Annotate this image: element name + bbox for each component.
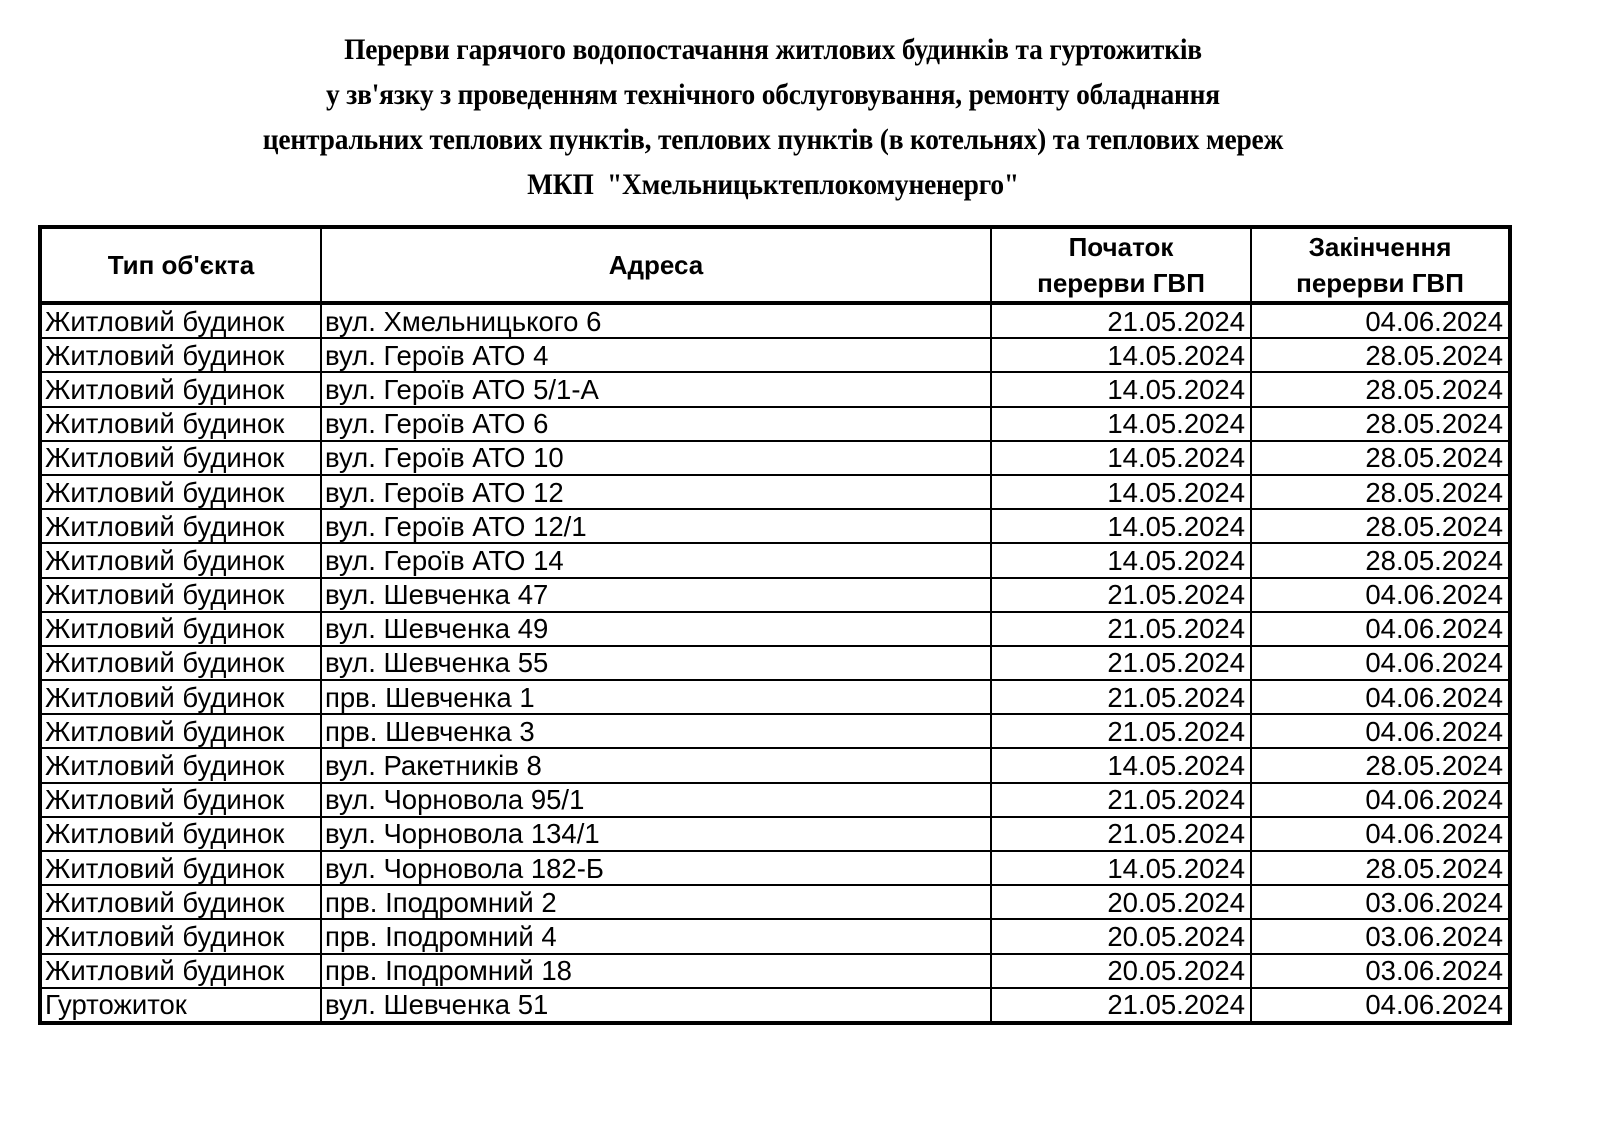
table-row: Житловий будиноквул. Чорновола 95/121.05… — [40, 783, 1510, 817]
table-row: Житловий будиноквул. Героїв АТО 12/114.0… — [40, 509, 1510, 543]
object-type-cell: Житловий будинок — [40, 612, 321, 646]
end-date-cell: 03.06.2024 — [1251, 919, 1510, 953]
start-date-cell: 21.05.2024 — [991, 646, 1251, 680]
table-row: Житловий будиноквул. Героїв АТО 1414.05.… — [40, 543, 1510, 577]
start-date-cell: 21.05.2024 — [991, 303, 1251, 338]
address-cell: вул. Чорновола 182-Б — [321, 851, 991, 885]
end-date-cell: 28.05.2024 — [1251, 372, 1510, 406]
document-title: Перерви гарячого водопостачання житлових… — [54, 28, 1492, 208]
header-end: Закінчення перерви ГВП — [1251, 227, 1510, 303]
header-object-type: Тип об'єкта — [40, 227, 321, 303]
start-date-cell: 14.05.2024 — [991, 338, 1251, 372]
title-line: центральних теплових пунктів, теплових п… — [54, 118, 1492, 163]
address-cell: вул. Чорновола 134/1 — [321, 817, 991, 851]
start-date-cell: 20.05.2024 — [991, 885, 1251, 919]
header-address-label: Адреса — [609, 250, 704, 280]
table-row: Житловий будиноквул. Шевченка 5521.05.20… — [40, 646, 1510, 680]
address-cell: вул. Шевченка 51 — [321, 988, 991, 1023]
outage-schedule-table: Тип об'єкта Адреса Початок перерви ГВП З… — [38, 225, 1512, 1025]
table-row: Житловий будиноквул. Героїв АТО 1014.05.… — [40, 441, 1510, 475]
end-date-cell: 03.06.2024 — [1251, 885, 1510, 919]
object-type-cell: Гуртожиток — [40, 988, 321, 1023]
start-date-cell: 14.05.2024 — [991, 372, 1251, 406]
start-date-cell: 14.05.2024 — [991, 509, 1251, 543]
object-type-cell: Житловий будинок — [40, 680, 321, 714]
table-row: Житловий будиноквул. Героїв АТО 614.05.2… — [40, 407, 1510, 441]
header-start-line2: перерви ГВП — [1037, 268, 1205, 298]
object-type-cell: Житловий будинок — [40, 783, 321, 817]
end-date-cell: 04.06.2024 — [1251, 680, 1510, 714]
table-row: Житловий будинокпрв. Іподромний 1820.05.… — [40, 954, 1510, 988]
title-line: Перерви гарячого водопостачання житлових… — [54, 28, 1492, 73]
object-type-cell: Житловий будинок — [40, 885, 321, 919]
object-type-cell: Житловий будинок — [40, 338, 321, 372]
start-date-cell: 14.05.2024 — [991, 543, 1251, 577]
address-cell: вул. Героїв АТО 12 — [321, 475, 991, 509]
table-row: Житловий будинокпрв. Шевченка 321.05.202… — [40, 714, 1510, 748]
header-address: Адреса — [321, 227, 991, 303]
table-row: Житловий будиноквул. Шевченка 4721.05.20… — [40, 578, 1510, 612]
address-cell: вул. Героїв АТО 12/1 — [321, 509, 991, 543]
address-cell: вул. Героїв АТО 5/1-А — [321, 372, 991, 406]
start-date-cell: 21.05.2024 — [991, 680, 1251, 714]
table-row: Гуртожитоквул. Шевченка 5121.05.202404.0… — [40, 988, 1510, 1023]
table-row: Житловий будиноквул. Чорновола 134/121.0… — [40, 817, 1510, 851]
address-cell: вул. Хмельницького 6 — [321, 303, 991, 338]
object-type-cell: Житловий будинок — [40, 578, 321, 612]
end-date-cell: 28.05.2024 — [1251, 748, 1510, 782]
start-date-cell: 20.05.2024 — [991, 919, 1251, 953]
header-end-line1: Закінчення — [1309, 232, 1452, 262]
end-date-cell: 04.06.2024 — [1251, 988, 1510, 1023]
header-start-line1: Початок — [1069, 232, 1174, 262]
object-type-cell: Житловий будинок — [40, 543, 321, 577]
start-date-cell: 14.05.2024 — [991, 851, 1251, 885]
table-row: Житловий будинокпрв. Іподромний 220.05.2… — [40, 885, 1510, 919]
object-type-cell: Житловий будинок — [40, 714, 321, 748]
address-cell: вул. Шевченка 55 — [321, 646, 991, 680]
address-cell: вул. Ракетників 8 — [321, 748, 991, 782]
table-row: Житловий будинокпрв. Іподромний 420.05.2… — [40, 919, 1510, 953]
start-date-cell: 21.05.2024 — [991, 714, 1251, 748]
end-date-cell: 04.06.2024 — [1251, 578, 1510, 612]
end-date-cell: 28.05.2024 — [1251, 407, 1510, 441]
address-cell: прв. Іподромний 2 — [321, 885, 991, 919]
end-date-cell: 28.05.2024 — [1251, 441, 1510, 475]
object-type-cell: Житловий будинок — [40, 407, 321, 441]
start-date-cell: 21.05.2024 — [991, 783, 1251, 817]
start-date-cell: 21.05.2024 — [991, 817, 1251, 851]
end-date-cell: 04.06.2024 — [1251, 612, 1510, 646]
start-date-cell: 21.05.2024 — [991, 578, 1251, 612]
end-date-cell: 28.05.2024 — [1251, 509, 1510, 543]
header-object-type-label: Тип об'єкта — [108, 250, 255, 280]
object-type-cell: Житловий будинок — [40, 509, 321, 543]
address-cell: вул. Шевченка 47 — [321, 578, 991, 612]
table-row: Житловий будиноквул. Героїв АТО 414.05.2… — [40, 338, 1510, 372]
start-date-cell: 14.05.2024 — [991, 475, 1251, 509]
address-cell: прв. Шевченка 1 — [321, 680, 991, 714]
object-type-cell: Житловий будинок — [40, 475, 321, 509]
table-body: Житловий будиноквул. Хмельницького 621.0… — [40, 303, 1510, 1023]
table-row: Житловий будиноквул. Героїв АТО 5/1-А14.… — [40, 372, 1510, 406]
title-line: МКП "Хмельницьктеплокомуненерго" — [54, 163, 1492, 208]
end-date-cell: 28.05.2024 — [1251, 338, 1510, 372]
address-cell: вул. Героїв АТО 10 — [321, 441, 991, 475]
table-row: Житловий будиноквул. Героїв АТО 1214.05.… — [40, 475, 1510, 509]
table-header-row: Тип об'єкта Адреса Початок перерви ГВП З… — [40, 227, 1510, 303]
object-type-cell: Житловий будинок — [40, 817, 321, 851]
table-row: Житловий будиноквул. Шевченка 4921.05.20… — [40, 612, 1510, 646]
end-date-cell: 04.06.2024 — [1251, 714, 1510, 748]
start-date-cell: 14.05.2024 — [991, 748, 1251, 782]
address-cell: вул. Чорновола 95/1 — [321, 783, 991, 817]
end-date-cell: 28.05.2024 — [1251, 475, 1510, 509]
address-cell: прв. Іподромний 18 — [321, 954, 991, 988]
end-date-cell: 04.06.2024 — [1251, 817, 1510, 851]
end-date-cell: 04.06.2024 — [1251, 783, 1510, 817]
address-cell: вул. Героїв АТО 4 — [321, 338, 991, 372]
object-type-cell: Житловий будинок — [40, 954, 321, 988]
end-date-cell: 28.05.2024 — [1251, 851, 1510, 885]
address-cell: прв. Шевченка 3 — [321, 714, 991, 748]
table-row: Житловий будиноквул. Ракетників 814.05.2… — [40, 748, 1510, 782]
object-type-cell: Житловий будинок — [40, 441, 321, 475]
table-row: Житловий будиноквул. Чорновола 182-Б14.0… — [40, 851, 1510, 885]
end-date-cell: 04.06.2024 — [1251, 646, 1510, 680]
address-cell: вул. Героїв АТО 14 — [321, 543, 991, 577]
header-end-line2: перерви ГВП — [1296, 268, 1464, 298]
object-type-cell: Житловий будинок — [40, 372, 321, 406]
table-row: Житловий будиноквул. Хмельницького 621.0… — [40, 303, 1510, 338]
address-cell: вул. Героїв АТО 6 — [321, 407, 991, 441]
table-row: Житловий будинокпрв. Шевченка 121.05.202… — [40, 680, 1510, 714]
object-type-cell: Житловий будинок — [40, 851, 321, 885]
start-date-cell: 14.05.2024 — [991, 407, 1251, 441]
header-start: Початок перерви ГВП — [991, 227, 1251, 303]
title-line: у зв'язку з проведенням технічного обслу… — [54, 73, 1492, 118]
object-type-cell: Житловий будинок — [40, 303, 321, 338]
start-date-cell: 21.05.2024 — [991, 988, 1251, 1023]
address-cell: прв. Іподромний 4 — [321, 919, 991, 953]
start-date-cell: 14.05.2024 — [991, 441, 1251, 475]
address-cell: вул. Шевченка 49 — [321, 612, 991, 646]
start-date-cell: 20.05.2024 — [991, 954, 1251, 988]
object-type-cell: Житловий будинок — [40, 646, 321, 680]
end-date-cell: 04.06.2024 — [1251, 303, 1510, 338]
object-type-cell: Житловий будинок — [40, 919, 321, 953]
end-date-cell: 28.05.2024 — [1251, 543, 1510, 577]
start-date-cell: 21.05.2024 — [991, 612, 1251, 646]
end-date-cell: 03.06.2024 — [1251, 954, 1510, 988]
object-type-cell: Житловий будинок — [40, 748, 321, 782]
